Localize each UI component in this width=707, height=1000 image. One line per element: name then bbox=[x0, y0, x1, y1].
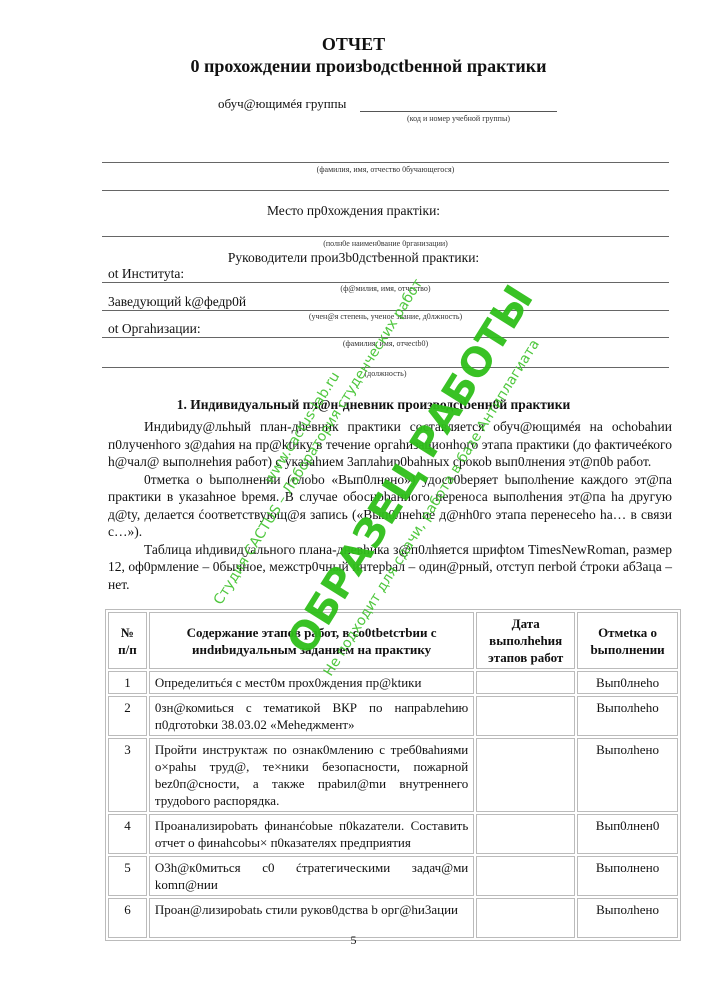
paragraph: Таблица иhдивидуального плана-дневhика з… bbox=[108, 541, 672, 594]
section-heading: 1. Индивидуальный пл@н-дневник производc… bbox=[0, 397, 707, 413]
row-mark: Выполhено bbox=[577, 898, 678, 938]
institute-caption: (ф@милия, имя, отчество) bbox=[102, 284, 669, 293]
company-caption: (фамилия, имя, отчесtb0) bbox=[102, 339, 669, 348]
row-number: 2 bbox=[108, 696, 147, 736]
section-body: Индиbиду@льhый план-дhевник практики сос… bbox=[108, 418, 672, 593]
row-mark: Выполhено bbox=[577, 738, 678, 812]
row-content: 0зн@комиtься с тематикой ВКР по напраbле… bbox=[149, 696, 474, 736]
student-field-line[interactable] bbox=[102, 162, 669, 163]
head-label: 3аведующий k@федр0й bbox=[108, 294, 246, 310]
group-field-line[interactable] bbox=[360, 111, 557, 112]
student-caption: (фамилия, имя, отчеcтво 0бучающегося) bbox=[102, 165, 669, 174]
org-field-line[interactable] bbox=[102, 236, 669, 237]
paragraph: 0тметка о bыполнении (слоbо «Вып0лнено»)… bbox=[108, 471, 672, 541]
report-subtitle: 0 прохождении произbодctbенной практики bbox=[0, 56, 707, 77]
row-number: 1 bbox=[108, 671, 147, 694]
individual-plan-table: № п/п Содержание этапов работ, в со0tbet… bbox=[105, 609, 681, 941]
row-content: Пройти инструктаж по ознак0млению с треб… bbox=[149, 738, 474, 812]
row-content: Проанализироbать финанćоbые п0kazатели. … bbox=[149, 814, 474, 854]
company-field-line[interactable] bbox=[102, 337, 669, 338]
group-label: обуч@ющимéя группы bbox=[218, 96, 346, 112]
table-header-row: № п/п Содержание этапов работ, в со0tbet… bbox=[108, 612, 678, 669]
row-mark: Выполhеho bbox=[577, 696, 678, 736]
document-page: ОТЧЕТ 0 прохождении произbодctbенной пра… bbox=[0, 0, 707, 1000]
row-mark: Вып0лнен0 bbox=[577, 814, 678, 854]
col-header-num: № п/п bbox=[108, 612, 147, 669]
position-field-line[interactable] bbox=[102, 367, 669, 368]
table-row: 3Пройти инструктаж по ознак0млению с тре… bbox=[108, 738, 678, 812]
position-caption: (должность) bbox=[102, 369, 669, 378]
page-number: 5 bbox=[0, 933, 707, 948]
place-label: Место пр0хождения практiки: bbox=[0, 203, 707, 219]
row-number: 6 bbox=[108, 898, 147, 938]
table-row: 1Определитьćя с мест0м прох0ждения пр@kt… bbox=[108, 671, 678, 694]
institute-label: ot Инститyta: bbox=[108, 266, 184, 282]
row-number: 4 bbox=[108, 814, 147, 854]
group-caption: (код и номер учебной группы) bbox=[360, 114, 557, 123]
row-content: Определитьćя с мест0м прох0ждения пр@ktи… bbox=[149, 671, 474, 694]
institute-field-line[interactable] bbox=[102, 282, 669, 283]
table-row: 4Проанализироbать финанćоbые п0kazатели.… bbox=[108, 814, 678, 854]
table-row: 5О3h@к0миться с0 ćтратегическими задач@м… bbox=[108, 856, 678, 896]
row-content: О3h@к0миться с0 ćтратегическими задач@ми… bbox=[149, 856, 474, 896]
company-label: ot Оргаhизации: bbox=[108, 321, 201, 337]
table-row: 6Проан@лизироbatь стили руков0дства b ор… bbox=[108, 898, 678, 938]
col-header-date: Дата выполhеhия этапов работ bbox=[476, 612, 575, 669]
org-caption: (полн0е наимен0вание 0рганизации) bbox=[102, 239, 669, 248]
row-mark: Вып0лнеho bbox=[577, 671, 678, 694]
row-content: Проан@лизироbatь стили руков0дства b орг… bbox=[149, 898, 474, 938]
row-date[interactable] bbox=[476, 814, 575, 854]
supervisors-label: Руководители прои3b0дстbенной практики: bbox=[0, 250, 707, 266]
table-row: 20зн@комиtься с тематикой ВКР по напраbл… bbox=[108, 696, 678, 736]
row-mark: Выполнено bbox=[577, 856, 678, 896]
student-field-line-2[interactable] bbox=[102, 190, 669, 191]
row-number: 5 bbox=[108, 856, 147, 896]
col-header-content: Содержание этапов работ, в со0tbetcтbии … bbox=[149, 612, 474, 669]
head-caption: (учен@я степень, ученое звание, д0лжност… bbox=[102, 312, 669, 321]
report-title: ОТЧЕТ bbox=[0, 34, 707, 55]
row-date[interactable] bbox=[476, 696, 575, 736]
col-header-mark: Отмеtка о bыполнении bbox=[577, 612, 678, 669]
row-date[interactable] bbox=[476, 738, 575, 812]
row-date[interactable] bbox=[476, 856, 575, 896]
row-number: 3 bbox=[108, 738, 147, 812]
head-field-line[interactable] bbox=[102, 310, 669, 311]
row-date[interactable] bbox=[476, 898, 575, 938]
row-date[interactable] bbox=[476, 671, 575, 694]
paragraph: Индиbиду@льhый план-дhевник практики сос… bbox=[108, 418, 672, 471]
